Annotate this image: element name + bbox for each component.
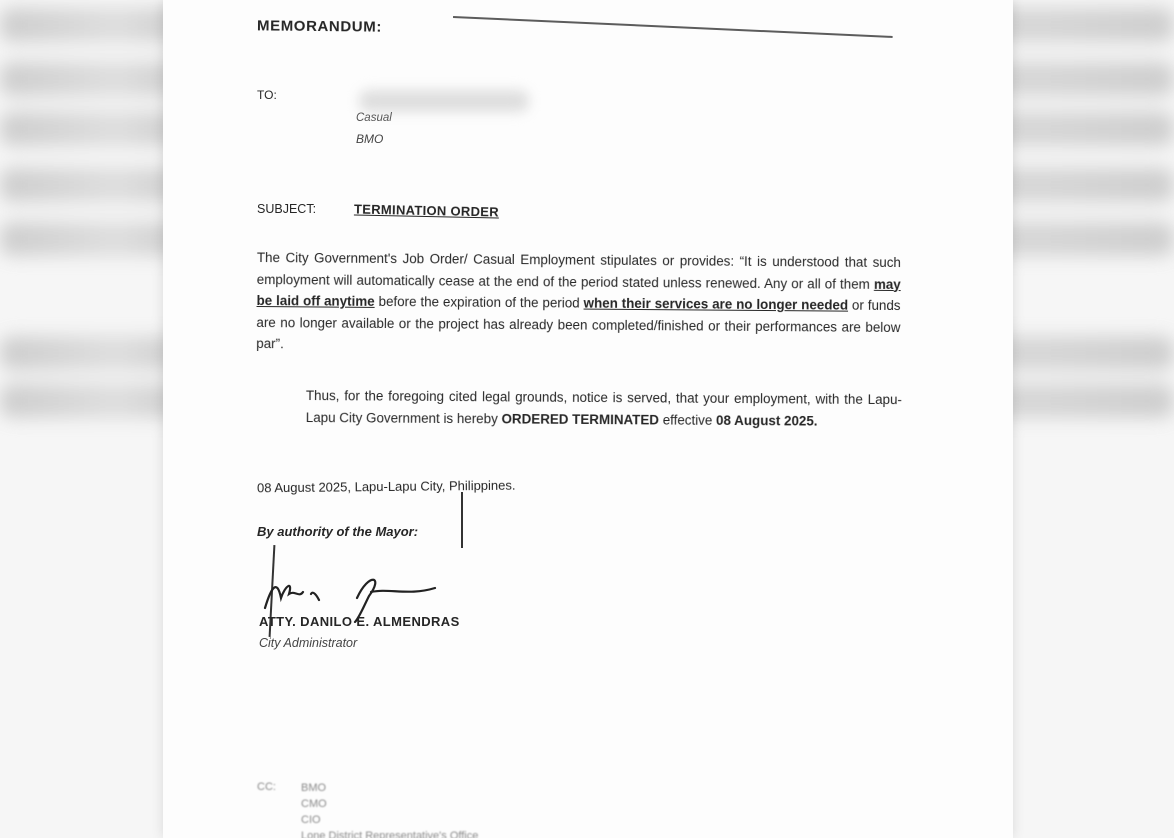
- to-label: TO:: [257, 88, 277, 102]
- recipient-status: Casual: [356, 112, 392, 124]
- video-frame: MEMORANDUM: TO: Casual BMO SUBJECT: TERM…: [0, 0, 1174, 838]
- subject-value: TERMINATION ORDER: [354, 201, 499, 219]
- cc-item: CMO: [301, 796, 478, 812]
- effective-date: 08 August 2025.: [716, 413, 818, 429]
- stipulation-emphasis: when their services are no longer needed: [584, 296, 849, 313]
- memo-title: MEMORANDUM:: [257, 17, 382, 35]
- page-edge-line: [453, 0, 894, 38]
- termination-text: effective: [659, 412, 716, 427]
- cc-list: BMO CMO CIO Lone District Representative…: [301, 780, 478, 838]
- signatory-title: City Administrator: [259, 636, 357, 650]
- stipulation-text: The City Government's Job Order/ Casual …: [257, 250, 901, 291]
- redacted-recipient-name: [359, 90, 529, 112]
- memo-page: MEMORANDUM: TO: Casual BMO SUBJECT: TERM…: [163, 0, 1013, 838]
- signatory-name: ATTY. DANILO E. ALMENDRAS: [259, 614, 460, 629]
- stipulation-text: before the expiration of the period: [375, 294, 584, 311]
- stipulation-paragraph: The City Government's Job Order/ Casual …: [256, 247, 901, 360]
- termination-emphasis: ORDERED TERMINATED: [501, 411, 659, 427]
- termination-paragraph: Thus, for the foregoing cited legal grou…: [306, 385, 902, 433]
- cc-item: Lone District Representative's Office: [301, 828, 478, 838]
- recipient-office: BMO: [356, 132, 383, 146]
- cc-item: BMO: [301, 780, 478, 796]
- cc-label: CC:: [257, 781, 276, 793]
- pen-mark: [461, 492, 463, 548]
- date-place-line: 08 August 2025, Lapu-Lapu City, Philippi…: [257, 478, 516, 496]
- cc-item: CIO: [301, 812, 478, 828]
- subject-label: SUBJECT:: [257, 202, 316, 216]
- authority-line: By authority of the Mayor:: [257, 524, 418, 539]
